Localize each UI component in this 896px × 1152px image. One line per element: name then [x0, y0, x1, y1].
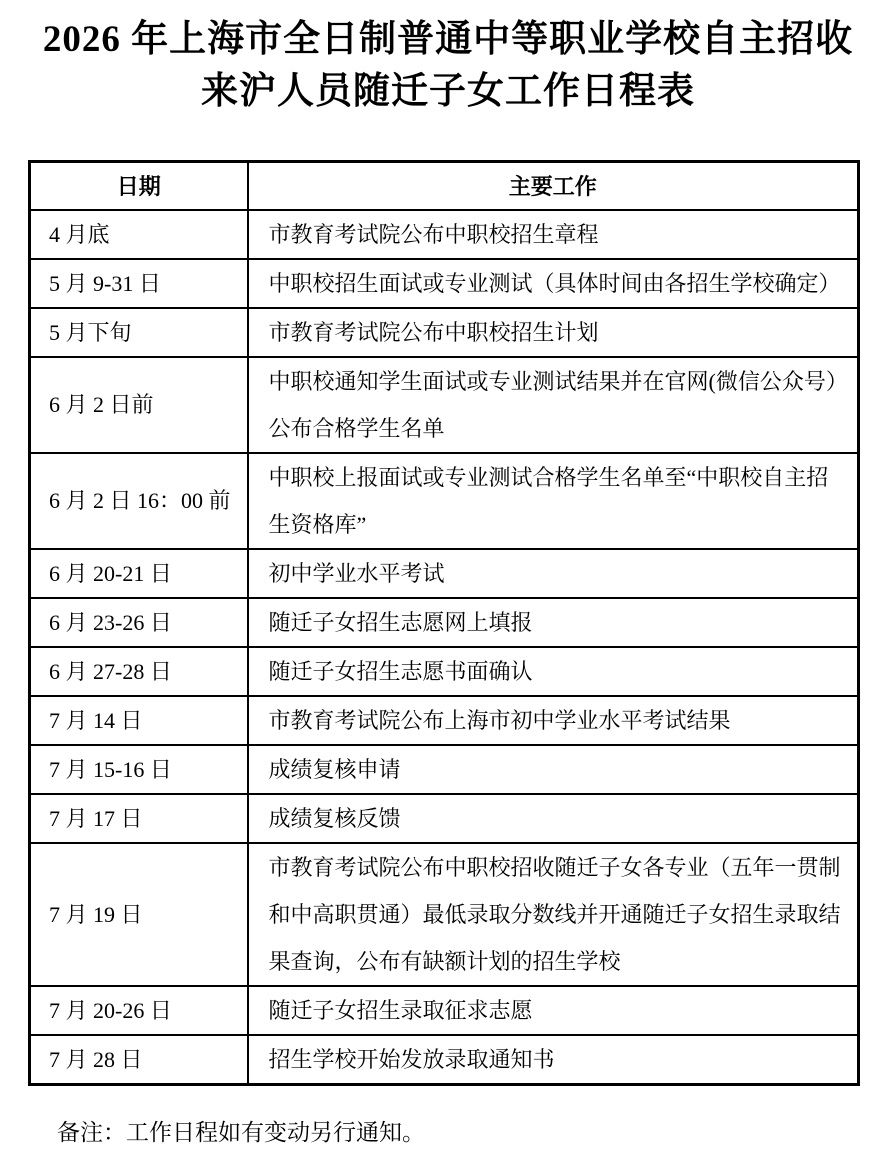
work-cell: 初中学业水平考试 [248, 549, 859, 598]
work-line: 招生学校开始发放录取通知书 [269, 1036, 850, 1083]
work-line: 和中高职贯通）最低录取分数线并开通随迁子女招生录取结 [269, 891, 850, 938]
work-line: 市教育考试院公布中职校招生计划 [269, 309, 850, 356]
date-cell: 6 月 27-28 日 [30, 647, 248, 696]
table-row: 7 月 14 日市教育考试院公布上海市初中学业水平考试结果 [30, 696, 859, 745]
date-column-header: 日期 [30, 162, 248, 210]
schedule-body: 4 月底市教育考试院公布中职校招生章程5 月 9-31 日中职校招生面试或专业测… [30, 210, 859, 1085]
date-cell: 7 月 15-16 日 [30, 745, 248, 794]
table-row: 4 月底市教育考试院公布中职校招生章程 [30, 210, 859, 259]
work-line: 初中学业水平考试 [269, 550, 850, 597]
table-row: 7 月 20-26 日随迁子女招生录取征求志愿 [30, 986, 859, 1035]
work-column-header: 主要工作 [248, 162, 859, 210]
work-cell: 招生学校开始发放录取通知书 [248, 1035, 859, 1085]
work-cell: 市教育考试院公布中职校招生章程 [248, 210, 859, 259]
table-row: 7 月 15-16 日成绩复核申请 [30, 745, 859, 794]
work-cell: 随迁子女招生志愿书面确认 [248, 647, 859, 696]
table-row: 6 月 20-21 日初中学业水平考试 [30, 549, 859, 598]
work-cell: 中职校上报面试或专业测试合格学生名单至“中职校自主招生资格库” [248, 453, 859, 549]
table-row: 6 月 2 日 16：00 前中职校上报面试或专业测试合格学生名单至“中职校自主… [30, 453, 859, 549]
work-line: 成绩复核申请 [269, 746, 850, 793]
work-line: 生资格库” [269, 501, 850, 548]
work-line: 市教育考试院公布中职校招收随迁子女各专业（五年一贯制 [269, 844, 850, 891]
table-row: 7 月 17 日成绩复核反馈 [30, 794, 859, 843]
work-line: 市教育考试院公布上海市初中学业水平考试结果 [269, 697, 850, 744]
work-line: 果查询，公布有缺额计划的招生学校 [269, 938, 850, 985]
page-title: 2026 年上海市全日制普通中等职业学校自主招收 来沪人员随迁子女工作日程表 [10, 14, 886, 118]
table-header-row: 日期 主要工作 [30, 162, 859, 210]
work-line: 随迁子女招生志愿网上填报 [269, 599, 850, 646]
date-cell: 6 月 20-21 日 [30, 549, 248, 598]
date-cell: 5 月 9-31 日 [30, 259, 248, 308]
work-line: 随迁子女招生录取征求志愿 [269, 987, 850, 1034]
work-line: 中职校上报面试或专业测试合格学生名单至“中职校自主招 [269, 454, 850, 501]
date-cell: 5 月下旬 [30, 308, 248, 357]
work-line: 中职校通知学生面试或专业测试结果并在官网(微信公众号） [269, 358, 850, 405]
date-cell: 7 月 19 日 [30, 843, 248, 986]
work-cell: 市教育考试院公布中职校招生计划 [248, 308, 859, 357]
work-line: 市教育考试院公布中职校招生章程 [269, 211, 850, 258]
work-cell: 成绩复核申请 [248, 745, 859, 794]
note-text: 备注：工作日程如有变动另行通知。 [57, 1118, 896, 1148]
table-row: 6 月 27-28 日随迁子女招生志愿书面确认 [30, 647, 859, 696]
work-cell: 市教育考试院公布上海市初中学业水平考试结果 [248, 696, 859, 745]
work-cell: 中职校通知学生面试或专业测试结果并在官网(微信公众号）公布合格学生名单 [248, 357, 859, 453]
work-line: 公布合格学生名单 [269, 405, 850, 452]
table-row: 6 月 23-26 日随迁子女招生志愿网上填报 [30, 598, 859, 647]
table-row: 7 月 28 日招生学校开始发放录取通知书 [30, 1035, 859, 1085]
work-cell: 中职校招生面试或专业测试（具体时间由各招生学校确定） [248, 259, 859, 308]
date-cell: 7 月 14 日 [30, 696, 248, 745]
schedule-table: 日期 主要工作 4 月底市教育考试院公布中职校招生章程5 月 9-31 日中职校… [28, 160, 860, 1086]
work-line: 随迁子女招生志愿书面确认 [269, 648, 850, 695]
table-row: 5 月下旬市教育考试院公布中职校招生计划 [30, 308, 859, 357]
page-title-line-1: 2026 年上海市全日制普通中等职业学校自主招收 [10, 14, 886, 66]
date-cell: 6 月 2 日前 [30, 357, 248, 453]
page-title-line-2: 来沪人员随迁子女工作日程表 [10, 66, 886, 118]
work-line: 中职校招生面试或专业测试（具体时间由各招生学校确定） [269, 260, 850, 307]
document-page: 2026 年上海市全日制普通中等职业学校自主招收 来沪人员随迁子女工作日程表 日… [0, 0, 896, 1152]
table-row: 7 月 19 日市教育考试院公布中职校招收随迁子女各专业（五年一贯制和中高职贯通… [30, 843, 859, 986]
date-cell: 7 月 17 日 [30, 794, 248, 843]
work-cell: 随迁子女招生志愿网上填报 [248, 598, 859, 647]
table-row: 5 月 9-31 日中职校招生面试或专业测试（具体时间由各招生学校确定） [30, 259, 859, 308]
date-cell: 4 月底 [30, 210, 248, 259]
table-row: 6 月 2 日前中职校通知学生面试或专业测试结果并在官网(微信公众号）公布合格学… [30, 357, 859, 453]
date-cell: 6 月 2 日 16：00 前 [30, 453, 248, 549]
work-cell: 成绩复核反馈 [248, 794, 859, 843]
work-cell: 市教育考试院公布中职校招收随迁子女各专业（五年一贯制和中高职贯通）最低录取分数线… [248, 843, 859, 986]
date-cell: 7 月 20-26 日 [30, 986, 248, 1035]
work-cell: 随迁子女招生录取征求志愿 [248, 986, 859, 1035]
work-line: 成绩复核反馈 [269, 795, 850, 842]
date-cell: 7 月 28 日 [30, 1035, 248, 1085]
date-cell: 6 月 23-26 日 [30, 598, 248, 647]
